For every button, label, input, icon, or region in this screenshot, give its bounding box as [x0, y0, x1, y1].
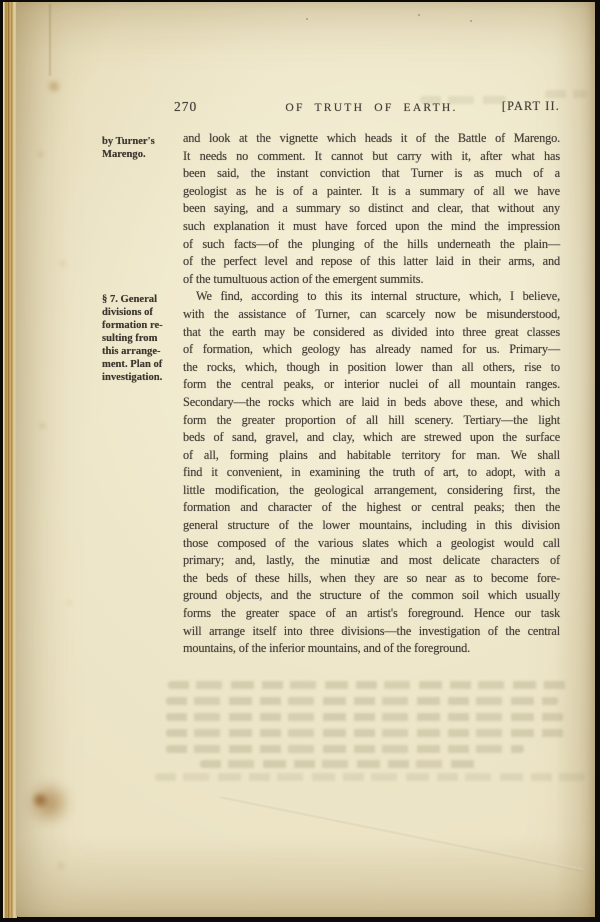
- text-line: form the greater proportion of all hill …: [183, 412, 560, 430]
- bleed-through-line: [166, 713, 564, 721]
- dust-speck: [418, 14, 420, 16]
- text-line: Secondary—the rocks which are laid in be…: [183, 394, 560, 412]
- text-line: It needs no comment. It cannot but carry…: [183, 148, 560, 166]
- text-line: find it convenient, in examining the tru…: [183, 464, 560, 482]
- stain: [38, 422, 47, 430]
- text-line: of such facts—of the plunging of the hil…: [183, 236, 560, 254]
- stain: [46, 80, 62, 93]
- text-line: the rocks, which, though in position low…: [183, 359, 560, 377]
- text-line: of formation, which geology has already …: [183, 341, 560, 359]
- text-line: of all, forming plains and habitable ter…: [183, 447, 560, 465]
- dust-speck: [306, 18, 308, 20]
- book-scan: 270 OF TRUTH OF EARTH. [PART II. by Turn…: [0, 0, 600, 922]
- bleed-through-line: [200, 760, 478, 768]
- text-line: ground objects, and the structure of the…: [183, 587, 560, 605]
- stain: [66, 600, 73, 606]
- margin-note-line: investigation.: [102, 371, 186, 384]
- bleed-through-line: [168, 681, 568, 689]
- text-line: form the central peaks, or interior nucl…: [183, 376, 560, 394]
- body-text: and look at the vignette which heads it …: [183, 130, 560, 658]
- paper-crease: [49, 4, 51, 76]
- text-line: formation and character of the highest o…: [183, 499, 560, 517]
- text-line: the beds of these hills, when they are s…: [183, 570, 560, 588]
- margin-note-line: § 7. General: [102, 293, 186, 306]
- margin-note-turner-marengo: by Turner'sMarengo.: [102, 135, 186, 161]
- margin-note-line: divisions of: [102, 306, 186, 319]
- stain: [56, 862, 66, 870]
- dust-speck: [470, 20, 472, 22]
- text-line: general structure of the lower mountains…: [183, 517, 560, 535]
- margin-note-line: this arrange-: [102, 345, 186, 358]
- text-line: primary; and, lastly, the minutiæ and mo…: [183, 552, 560, 570]
- text-line: such explanation it must have forced upo…: [183, 218, 560, 236]
- book-page-edges: [3, 2, 17, 918]
- stain: [30, 792, 50, 808]
- text-line: forms the greater space of an artist's f…: [183, 605, 560, 623]
- margin-note-section-7: § 7. Generaldivisions offormation re-sul…: [102, 293, 186, 384]
- stain: [36, 150, 45, 158]
- text-line: that the earth may be considered as divi…: [183, 324, 560, 342]
- text-line: with the assistance of Turner, can scarc…: [183, 306, 560, 324]
- text-line: geologist as he is of a painter. It is a…: [183, 183, 560, 201]
- margin-note-line: formation re-: [102, 319, 186, 332]
- text-line: and look at the vignette which heads it …: [183, 130, 560, 148]
- bleed-through-line: [166, 697, 558, 705]
- text-line: mountains, of the inferior mountains, an…: [183, 640, 560, 658]
- bleed-through-line: [166, 745, 524, 753]
- margin-note-line: ment. Plan of: [102, 358, 186, 371]
- bleed-through-line: [166, 729, 566, 737]
- text-line: been said, the instant conviction that T…: [183, 165, 560, 183]
- margin-note-line: by Turner's: [102, 135, 186, 148]
- text-line: We find, according to this its internal …: [183, 288, 560, 306]
- bleed-through-line: [155, 773, 585, 781]
- book-page: 270 OF TRUTH OF EARTH. [PART II. by Turn…: [16, 2, 595, 917]
- text-line: little modification, the geological arra…: [183, 482, 560, 500]
- text-line: beds of sand, gravel, and clay, which ar…: [183, 429, 560, 447]
- margin-note-line: sulting from: [102, 332, 186, 345]
- text-line: been saying, and a summary so distinct a…: [183, 200, 560, 218]
- text-line: of the perfect level and repose of this …: [183, 253, 560, 271]
- margin-note-line: Marengo.: [102, 148, 186, 161]
- bleed-through-line: [420, 96, 508, 104]
- stain: [59, 260, 66, 267]
- text-line: will arrange itself into three divisions…: [183, 623, 560, 641]
- bleed-through-line: [545, 90, 587, 98]
- paper-crease: [220, 795, 583, 872]
- text-line: those composed of the various slates whi…: [183, 535, 560, 553]
- text-line: of the tumultuous action of the emergent…: [183, 271, 560, 289]
